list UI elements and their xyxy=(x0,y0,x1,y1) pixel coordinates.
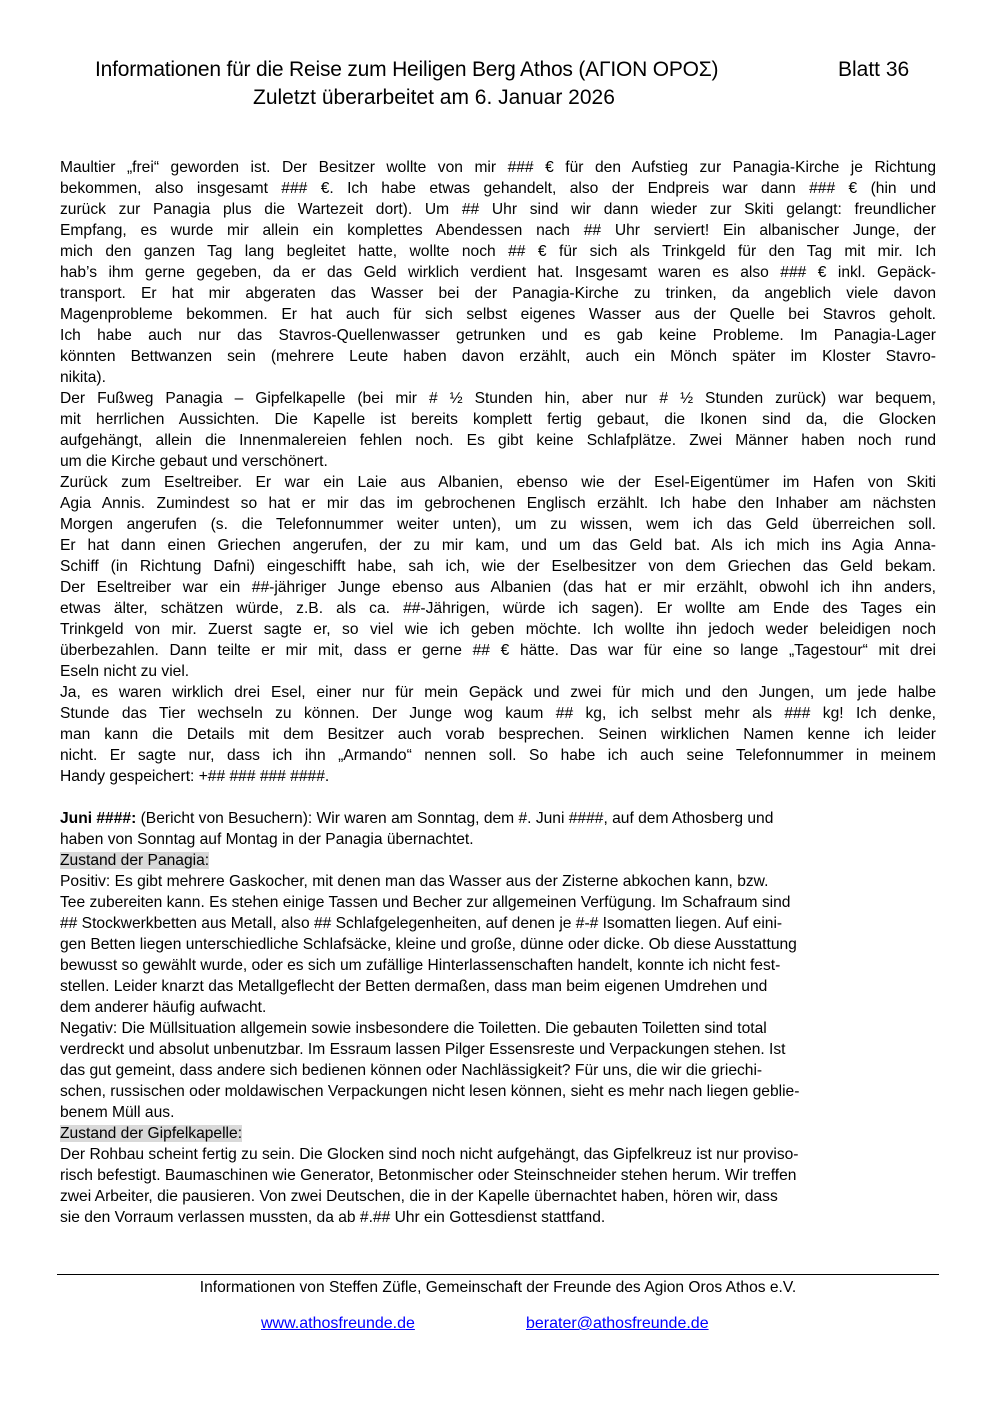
text-line: dem anderer häufig aufwacht. xyxy=(60,997,936,1018)
text-line: sie den Vorraum verlassen mussten, da ab… xyxy=(60,1207,936,1228)
text-line: Juni ####: (Bericht von Besuchern): Wir … xyxy=(60,808,936,829)
text-line: Schiff (in Richtung Dafni) eingeschifft … xyxy=(60,556,936,577)
text-line: Ja, es waren wirklich drei Esel, einer n… xyxy=(60,682,936,703)
text-line: Ich habe auch nur das Stavros-Quellenwas… xyxy=(60,325,936,346)
text-line: zurück zur Panagia plus die Wartezeit do… xyxy=(60,199,936,220)
text-line: Magenprobleme bekommen. Er hat auch für … xyxy=(60,304,936,325)
paragraph-mule-trip: Maultier „frei“ geworden ist. Der Besitz… xyxy=(60,157,936,388)
spacer xyxy=(60,787,936,808)
document-body: Maultier „frei“ geworden ist. Der Besitz… xyxy=(60,157,936,1228)
text-line: Tee zubereiten kann. Es stehen einige Ta… xyxy=(60,892,936,913)
text-line: mich den ganzen Tag lang begleitet hatte… xyxy=(60,241,936,262)
text-line: Negativ: Die Müllsituation allgemein sow… xyxy=(60,1018,936,1039)
text-line: Der Fußweg Panagia – Gipfelkapelle (bei … xyxy=(60,388,936,409)
text-line: Der Eseltreiber war ein ##-jähriger Jung… xyxy=(60,577,936,598)
text-line: Zurück zum Eseltreiber. Er war ein Laie … xyxy=(60,472,936,493)
text-line: ## Stockwerkbetten aus Metall, also ## S… xyxy=(60,913,936,934)
text-line: nikita). xyxy=(60,367,936,388)
text-line: verdreckt und absolut unbenutzbar. Im Es… xyxy=(60,1039,936,1060)
text-line: nicht. Er sagte nur, dass ich ihn „Arman… xyxy=(60,745,936,766)
text-line: benem Müll aus. xyxy=(60,1102,936,1123)
text-line: etwas älter, schätzen würde, z.B. als ca… xyxy=(60,598,936,619)
text-line: Der Rohbau scheint fertig zu sein. Die G… xyxy=(60,1144,936,1165)
text-line: Positiv: Es gibt mehrere Gaskocher, mit … xyxy=(60,871,936,892)
text-line: Agia Annis. Zumindest so hat er mir das … xyxy=(60,493,936,514)
text-line: das gut gemeint, dass andere sich bedien… xyxy=(60,1060,936,1081)
text-line: schen, russischen oder moldawischen Verp… xyxy=(60,1081,936,1102)
text-line: hab’s ihm gerne gegeben, da er das Geld … xyxy=(60,262,936,283)
text-line: zwei Arbeiter, die pausieren. Von zwei D… xyxy=(60,1186,936,1207)
text-line: stellen. Leider knarzt das Metallgeflech… xyxy=(60,976,936,997)
section-heading-gipfelkapelle: Zustand der Gipfelkapelle: xyxy=(60,1125,242,1142)
sheet-number: Blatt 36 xyxy=(838,58,909,82)
paragraph-three-donkeys: Ja, es waren wirklich drei Esel, einer n… xyxy=(60,682,936,787)
report-date-label: Juni ####: xyxy=(60,810,136,827)
last-updated: Zuletzt überarbeitet am 6. Januar 2026 xyxy=(253,86,615,110)
text-line: Trinkgeld von mir. Zuerst sagte er, so v… xyxy=(60,619,936,640)
paragraph-footpath: Der Fußweg Panagia – Gipfelkapelle (bei … xyxy=(60,388,936,472)
text-line: bewusst so gewählt wurde, oder es sich u… xyxy=(60,955,936,976)
text-line: Handy gespeichert: +## ### ### ####. xyxy=(60,766,936,787)
website-link[interactable]: www.athosfreunde.de xyxy=(261,1315,415,1333)
email-link[interactable]: berater@athosfreunde.de xyxy=(526,1315,709,1333)
text-line: Er hat dann einen Griechen angerufen, de… xyxy=(60,535,936,556)
heading-gipfel-line: Zustand der Gipfelkapelle: xyxy=(60,1123,936,1144)
heading-panagia-line: Zustand der Panagia: xyxy=(60,850,936,871)
text-line: man kann die Details mit dem Besitzer au… xyxy=(60,724,936,745)
text-line: haben von Sonntag auf Montag in der Pana… xyxy=(60,829,936,850)
text-line: um die Kirche gebaut und verschönert. xyxy=(60,451,936,472)
report-intro: (Bericht von Besuchern): Wir waren am So… xyxy=(136,810,773,827)
text-line: aufgehängt, allein die Innenmalereien fe… xyxy=(60,430,936,451)
text-line: risch befestigt. Baumaschinen wie Genera… xyxy=(60,1165,936,1186)
text-line: mit herrlichen Aussichten. Die Kapelle i… xyxy=(60,409,936,430)
text-line: gen Betten liegen unterschiedliche Schla… xyxy=(60,934,936,955)
report-june: Juni ####: (Bericht von Besuchern): Wir … xyxy=(60,808,936,1228)
text-line: transport. Er hat mir abgeraten das Wass… xyxy=(60,283,936,304)
section-heading-panagia: Zustand der Panagia: xyxy=(60,852,209,869)
footer-credit: Informationen von Steffen Züfle, Gemeins… xyxy=(0,1279,996,1297)
document-title: Informationen für die Reise zum Heiligen… xyxy=(95,58,718,82)
text-line: Morgen angerufen (s. die Telefonnummer w… xyxy=(60,514,936,535)
footer-divider xyxy=(57,1274,939,1275)
text-line: Eseln nicht zu viel. xyxy=(60,661,936,682)
text-line: könnten Bettwanzen sein (mehrere Leute h… xyxy=(60,346,936,367)
text-line: Maultier „frei“ geworden ist. Der Besitz… xyxy=(60,157,936,178)
paragraph-donkey-driver: Zurück zum Eseltreiber. Er war ein Laie … xyxy=(60,472,936,682)
text-line: Stunde das Tier wechseln zu können. Der … xyxy=(60,703,936,724)
text-line: Empfang, es wurde mir allein ein komplet… xyxy=(60,220,936,241)
text-line: bekommen, also insgesamt ### €. Ich habe… xyxy=(60,178,936,199)
text-line: überbezahlen. Dann teilte er mir mit, da… xyxy=(60,640,936,661)
